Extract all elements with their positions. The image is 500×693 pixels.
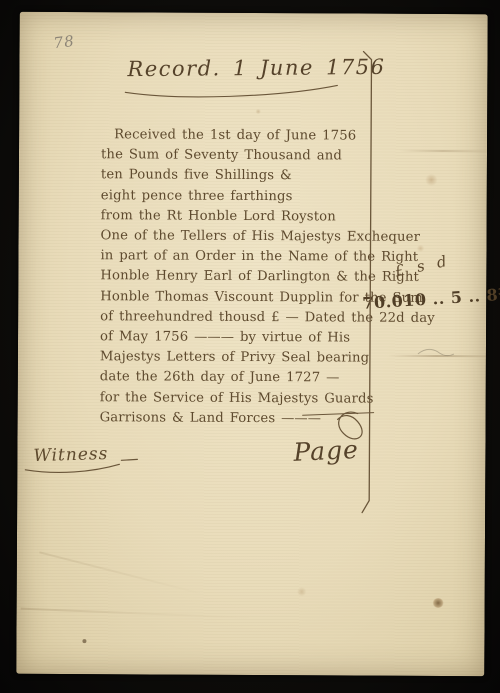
document-paper: 78 Record. 1 June 1756 Received the 1st … xyxy=(16,12,487,676)
faint-pencil-mark xyxy=(418,349,454,355)
foxing-spot xyxy=(433,598,444,608)
paper-crease xyxy=(39,551,204,595)
body-line: Honble Thomas Viscount Dupplin for the S… xyxy=(100,287,384,309)
witness-label: Witness xyxy=(33,444,108,466)
heading-underline xyxy=(125,84,337,97)
body-line: for the Service of His Majestys Guards xyxy=(100,388,384,410)
body-line: in part of an Order in the Name of the R… xyxy=(100,246,384,268)
ink-speck xyxy=(82,639,86,643)
signature-page: Page xyxy=(293,435,360,467)
paper-crease xyxy=(388,355,486,358)
body-line: Honble Henry Earl of Darlington & the Ri… xyxy=(100,267,384,289)
body-line: of threehundred thousd £ — Dated the 22d… xyxy=(100,307,384,329)
body-line: the Sum of Seventy Thousand and xyxy=(101,145,385,167)
body-line: of May 1756 ——— by virtue of His xyxy=(100,327,384,349)
body-line: One of the Tellers of His Majestys Exche… xyxy=(101,226,385,248)
receipt-body: Received the 1st day of June 1756 the Su… xyxy=(100,125,386,430)
body-line: from the Rt Honble Lord Royston xyxy=(101,206,385,228)
record-heading: Record. 1 June 1756 xyxy=(127,55,385,81)
body-line: eight pence three farthings xyxy=(101,186,385,208)
body-line: Garrisons & Land Forces ——— xyxy=(100,408,384,430)
foxing-spot xyxy=(255,109,261,114)
body-line: date the 26th day of June 1727 — xyxy=(100,368,384,390)
paper-crease xyxy=(399,150,487,152)
body-line: Majestys Letters of Privy Seal bearing xyxy=(100,347,384,369)
paper-crease xyxy=(21,608,261,620)
pencil-folio-number: 78 xyxy=(53,32,76,52)
body-line: Received the 1st day of June 1756 xyxy=(101,125,385,147)
foxing-spot xyxy=(425,174,438,186)
foxing-spot xyxy=(297,587,307,596)
body-line: ten Pounds five Shillings & xyxy=(101,166,385,188)
